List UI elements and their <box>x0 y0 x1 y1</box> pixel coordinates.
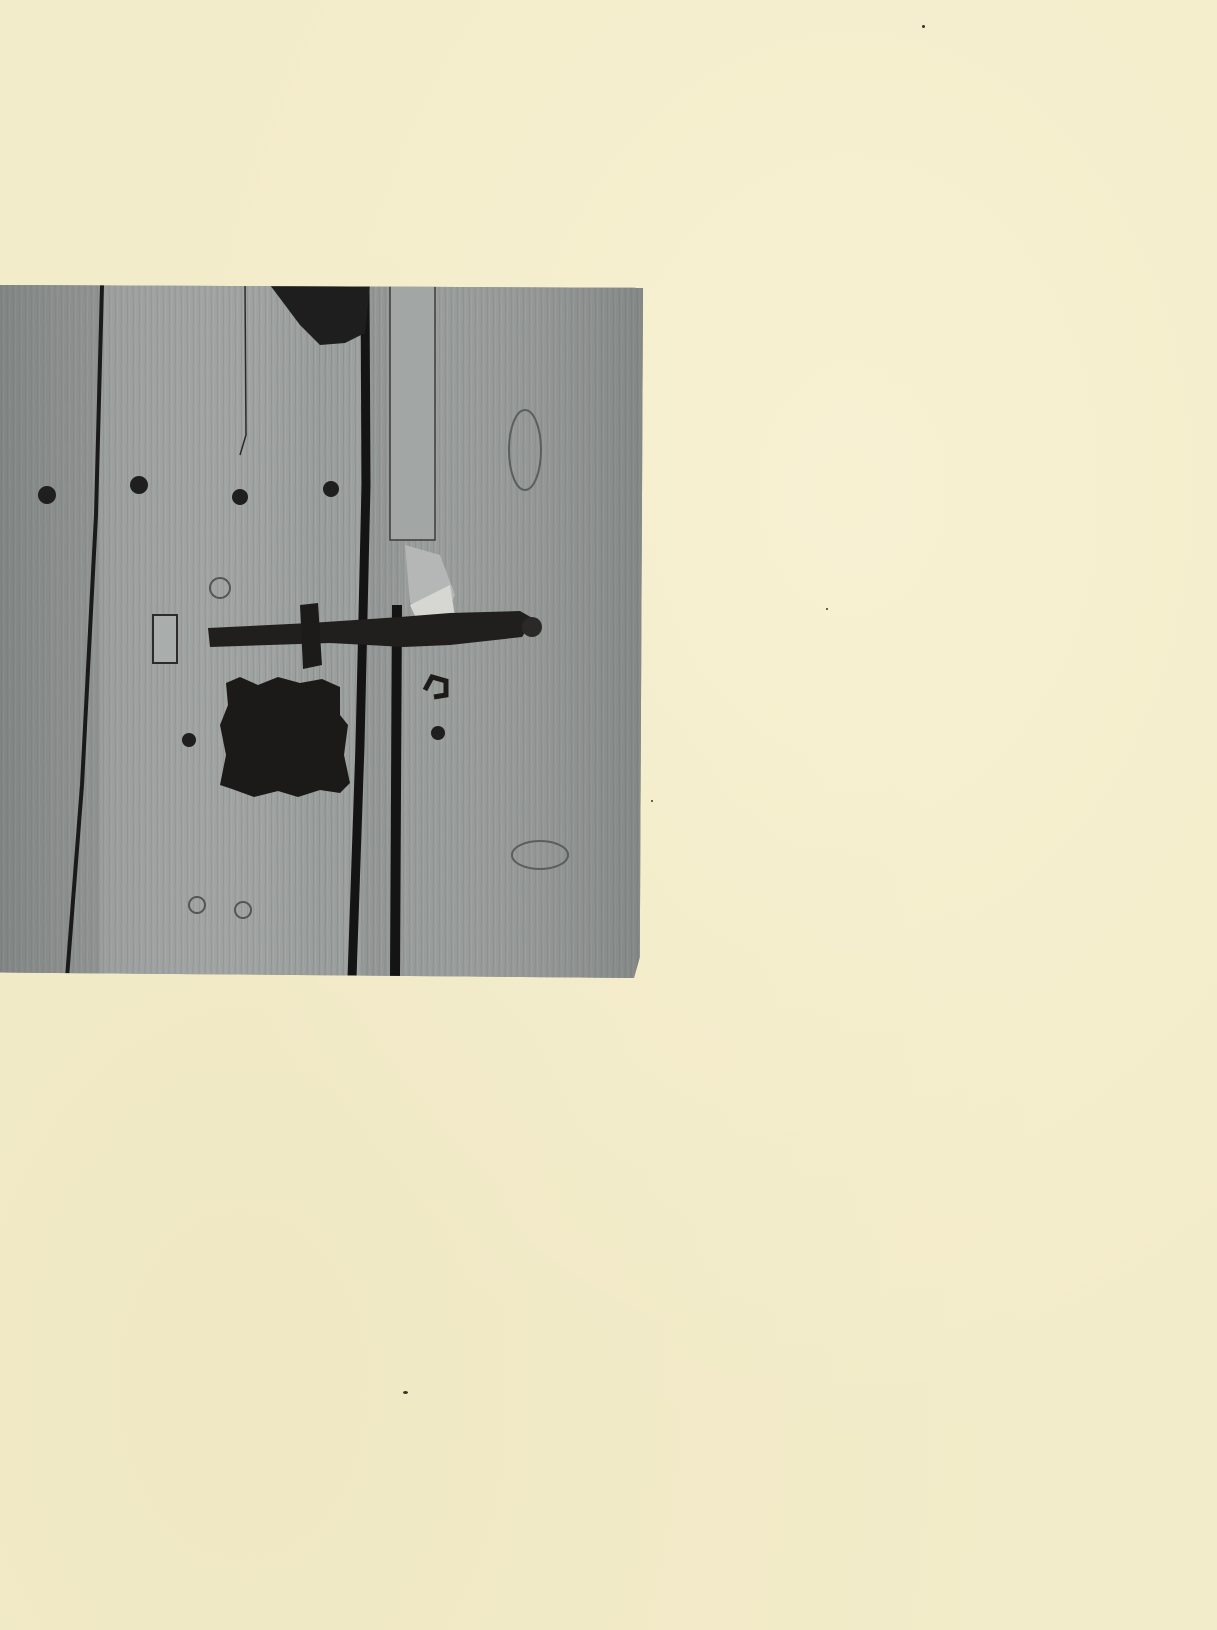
paper-speck <box>826 608 828 610</box>
lock-plate <box>220 677 350 797</box>
batten <box>390 285 435 540</box>
gap-3 <box>395 605 397 978</box>
latch-keeper <box>153 615 177 663</box>
paper-speck <box>922 25 925 28</box>
paper-speck <box>403 1391 408 1394</box>
paper-speck <box>651 800 653 802</box>
photograph-plate <box>0 285 643 978</box>
door-photograph <box>0 285 643 978</box>
